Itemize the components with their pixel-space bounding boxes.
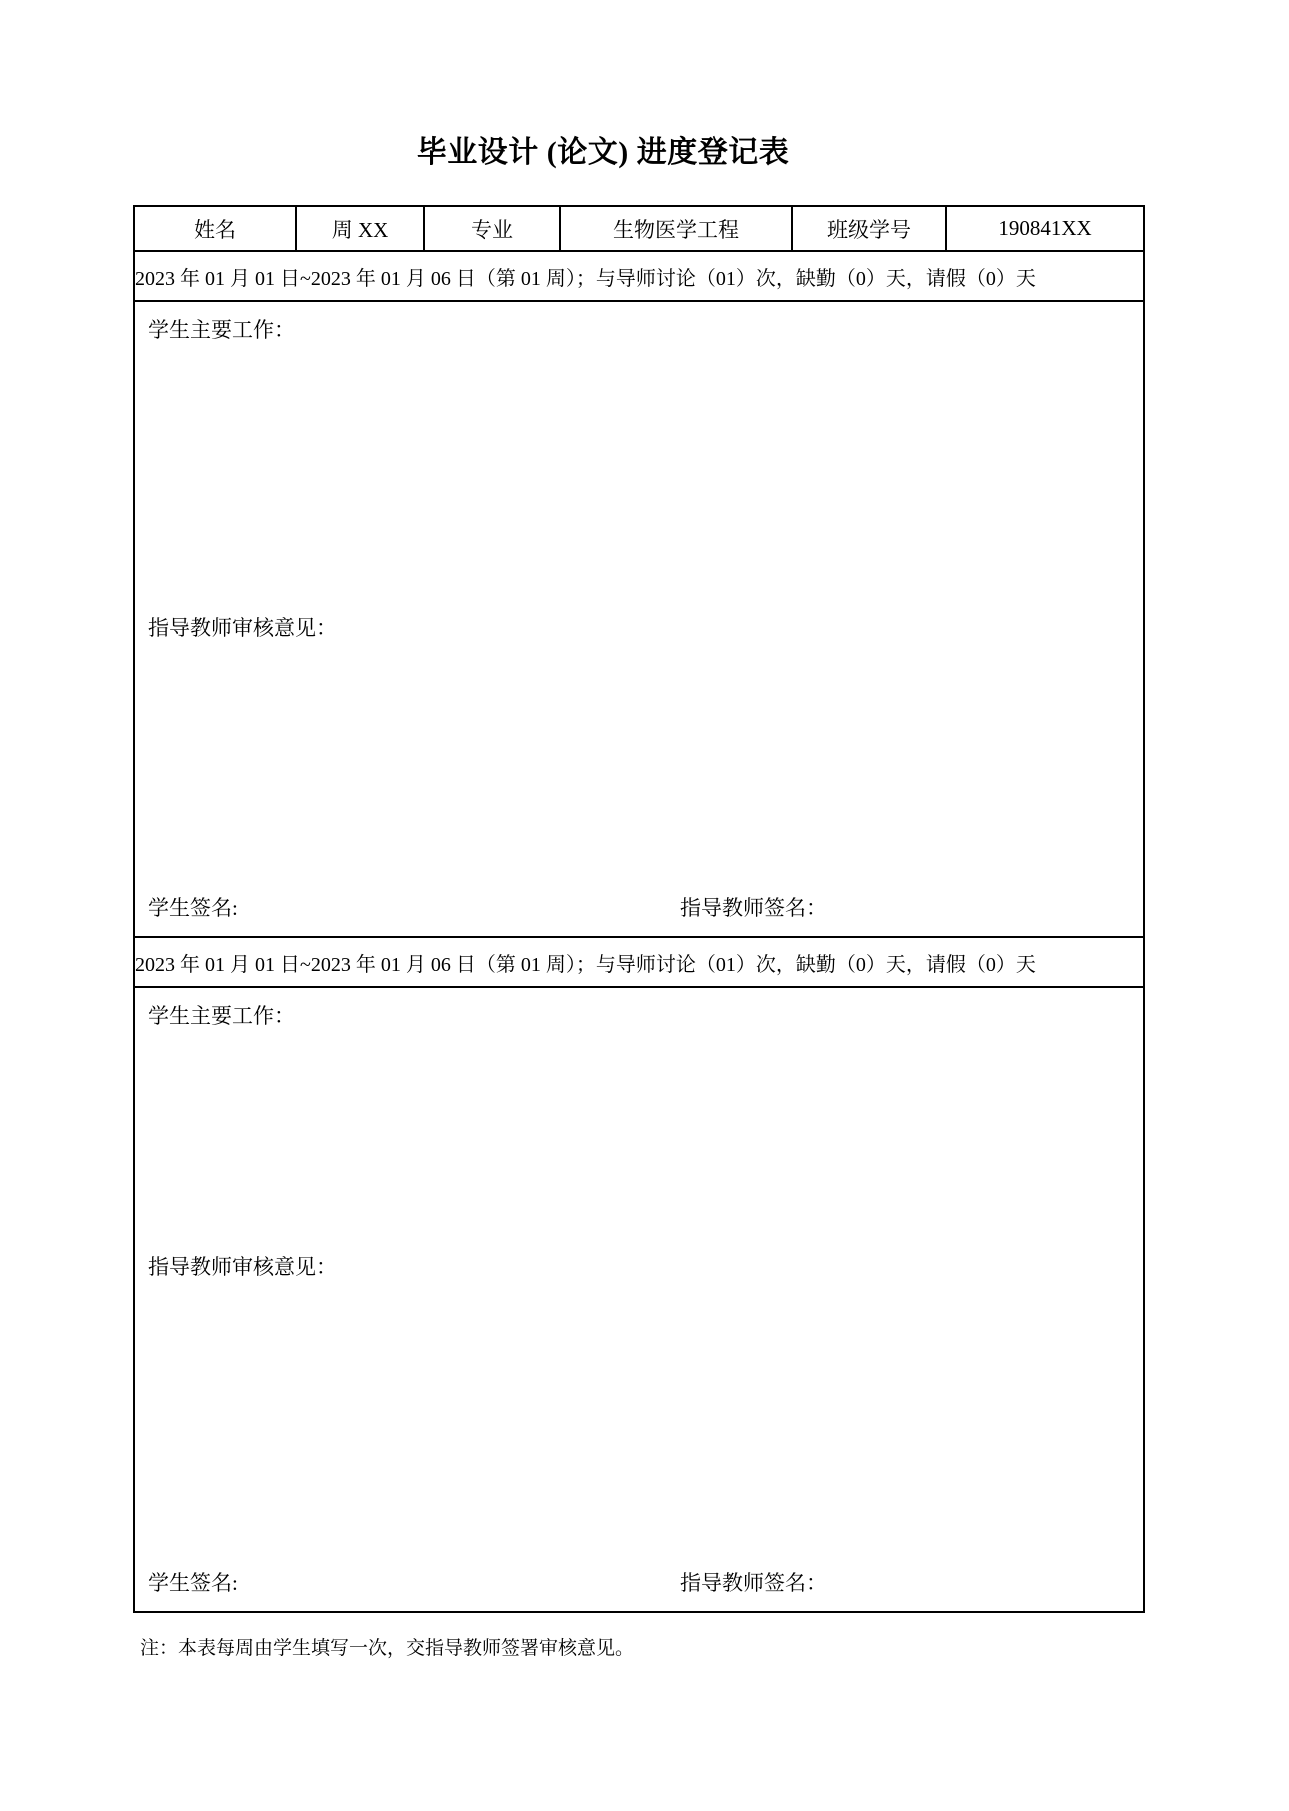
- name-label-cell: 姓名: [134, 206, 296, 251]
- week1-student-signature-label: 学生签名:: [148, 892, 238, 922]
- week1-advisor-review-label: 指导教师审核意见：: [148, 612, 337, 642]
- name-value-cell: 周 XX: [296, 206, 424, 251]
- week2-content-cell: 学生主要工作： 指导教师审核意见： 学生签名: 指导教师签名：: [134, 987, 1144, 1612]
- week1-advisor-signature-label: 指导教师签名：: [680, 892, 827, 922]
- week2-period-row: 2023 年 01 月 01 日~2023 年 01 月 06 日（第 01 周…: [134, 937, 1144, 987]
- week1-period-text: 2023 年 01 月 01 日~2023 年 01 月 06 日（第 01 周…: [134, 251, 1144, 301]
- major-label-cell: 专业: [424, 206, 560, 251]
- week2-student-signature-label: 学生签名:: [148, 1567, 238, 1597]
- class-id-value-cell: 190841XX: [946, 206, 1144, 251]
- major-value-cell: 生物医学工程: [560, 206, 792, 251]
- week2-advisor-signature-label: 指导教师签名：: [680, 1567, 827, 1597]
- week2-student-work-label: 学生主要工作：: [148, 1000, 295, 1030]
- week2-advisor-review-label: 指导教师审核意见：: [148, 1251, 337, 1281]
- week2-content-row: 学生主要工作： 指导教师审核意见： 学生签名: 指导教师签名：: [134, 987, 1144, 1612]
- student-info-row: 姓名 周 XX 专业 生物医学工程 班级学号 190841XX: [134, 206, 1144, 251]
- week2-period-text: 2023 年 01 月 01 日~2023 年 01 月 06 日（第 01 周…: [134, 937, 1144, 987]
- class-id-label-cell: 班级学号: [792, 206, 946, 251]
- page-title: 毕业设计 (论文) 进度登记表: [417, 127, 789, 171]
- week1-student-work-label: 学生主要工作：: [148, 314, 295, 344]
- progress-table: 姓名 周 XX 专业 生物医学工程 班级学号 190841XX 2023 年 0…: [133, 205, 1145, 1613]
- week1-content-cell: 学生主要工作： 指导教师审核意见： 学生签名: 指导教师签名：: [134, 301, 1144, 937]
- footnote: 注：本表每周由学生填写一次，交指导教师签署审核意见。: [140, 1633, 634, 1660]
- week1-content-row: 学生主要工作： 指导教师审核意见： 学生签名: 指导教师签名：: [134, 301, 1144, 937]
- week1-period-row: 2023 年 01 月 01 日~2023 年 01 月 06 日（第 01 周…: [134, 251, 1144, 301]
